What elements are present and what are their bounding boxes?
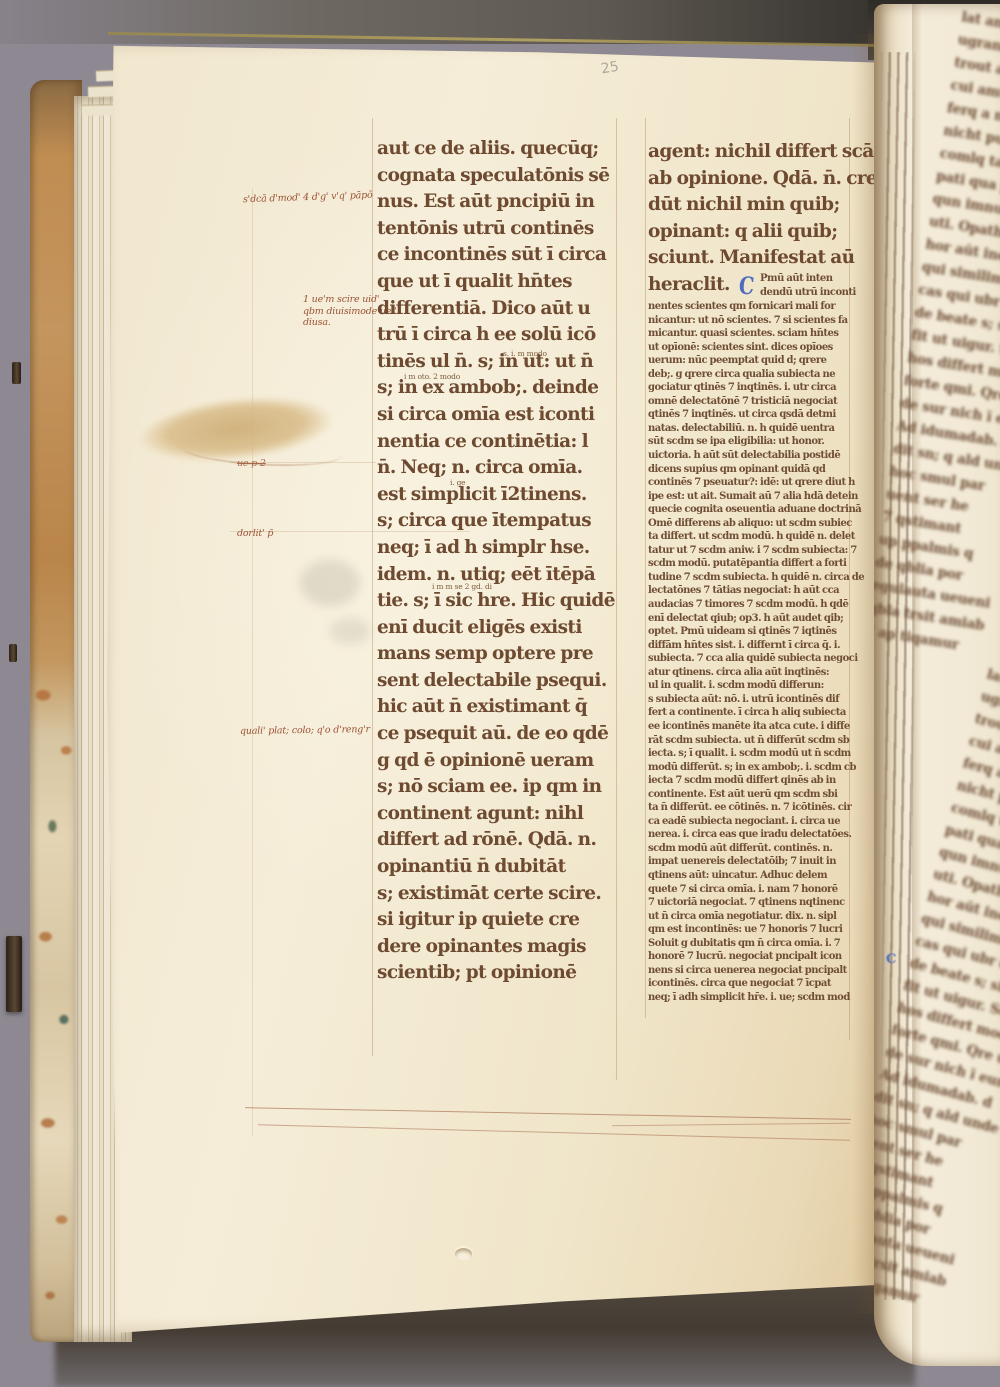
right-text-column-large: agent: nichil differt scāab opinione. Qd… — [648, 139, 888, 272]
facing-page-crease — [912, 4, 922, 1366]
text-line: nus. Est aūt pncipiū in — [377, 189, 619, 216]
text-line: uictoria. h aūt sūt delectabilia postidē — [648, 449, 854, 463]
text-line: qm est incontinēs: ue 7 honoris 7 lucri — [648, 923, 854, 937]
text-line: dere opinantes magis — [377, 934, 619, 961]
text-line: differentiā. Dico aūt u — [377, 296, 619, 323]
metal-hinge-icon — [6, 936, 22, 1012]
text-line: enī delectat qiub; op3. h aūt audet qib; — [648, 612, 854, 626]
margin-gloss: quali' plat; colo; q'o d'reng'r — [240, 724, 370, 737]
text-line: s; nō sciam ee. ip qm in — [377, 774, 619, 801]
margin-gloss: dorlit' p̄ — [237, 528, 273, 540]
text-line: tudine 7 scdm subiecta. h quidē n. circa… — [648, 571, 854, 585]
text-line: honorē 7 lucrū. negociat pncipalt icon — [648, 950, 854, 964]
text-line: opinant: q alii quib; — [648, 219, 888, 246]
text-line: ul in qualit. i. scdm modū differun: — [648, 679, 854, 693]
text-line: ce psequit aū. de eo qdē — [377, 721, 619, 748]
text-line: Pmū aūt inten — [760, 272, 888, 286]
text-line: dendū utrū inconti — [760, 286, 888, 300]
facing-page: lat amugranit qtrout a phucui amt uiafer… — [874, 4, 1000, 1366]
text-line: modū differūt. s; in ex ambob;. i. scdm … — [648, 761, 854, 775]
text-line: diffām hn̄tes sist. i. differnt ī circa … — [648, 639, 854, 653]
text-line: neq; ī ad h simplr hse. — [377, 535, 619, 562]
text-line: si circa omīa est iconti — [377, 402, 619, 429]
text-line: lectatōnes 7 tātias negociat: h aūt cca — [648, 584, 854, 598]
ruling-line — [372, 118, 373, 1056]
margin-gloss: ue p 2 — [237, 458, 266, 470]
text-line: sūt scdm se ipa eligibilia: ut honor. — [648, 435, 854, 449]
text-line: audacias 7 timores 7 scdm modū. h qdē — [648, 598, 854, 612]
text-line: ta n̄ differūt. ee cōtinēs. n. 7 icōtinē… — [648, 801, 854, 815]
text-line: iecta 7 scdm modū differt qinēs ab in — [648, 774, 854, 788]
text-line: nentia ce continētia: l — [377, 429, 619, 456]
text-line: micantur. quasi scientes. sciam hn̄tes — [648, 327, 854, 341]
text-line: uerum: nūc peemptat quid d; qrere — [648, 354, 854, 368]
text-line: scdm modū aūt differūt. continēs. n. — [648, 842, 854, 856]
text-line: dicens supius qm opinant quidā qd — [648, 463, 854, 477]
text-line: n̄. Neq; n. circa omīa. — [377, 455, 619, 482]
text-line: opinantiū n̄ dubitāt — [377, 854, 619, 881]
ruling-line — [645, 118, 646, 1018]
text-line: subiecta. 7 cca alia quidē subiecta nego… — [648, 652, 854, 666]
text-line: s; in ex ambob;. deinde — [377, 375, 619, 402]
blue-paraph-icon: C — [738, 274, 755, 298]
ruling-line — [252, 188, 253, 1136]
text-line: tinēs ul n̄. s; in ut: ut n̄ — [377, 349, 619, 376]
text-line: s subiecta aūt: nō. i. utrū icontinēs di… — [648, 693, 854, 707]
text-line: 7 uictoriā negociat. 7 qtinens nqtinenc — [648, 896, 854, 910]
text-line: idem. n. utiq; eēt ītēpā — [377, 562, 619, 589]
text-line: natas. delectabiliū. n. h quidē uentra — [648, 422, 854, 436]
text-line: nens si circa uenerea negociat pncipalt — [648, 964, 854, 978]
commentary-column: nentes scientes qm fornicari mali fornic… — [648, 300, 854, 1004]
text-line: nicantur: ut nō scientes. 7 si scientes … — [648, 314, 854, 328]
text-line: est simplicit ī2tinens. — [377, 482, 619, 509]
text-line: quecie cognita oseuentia aduane doctrinā — [648, 503, 854, 517]
text-line: s; existimāt certe scire. — [377, 881, 619, 908]
text-line: Omē differens ab aliquo: ut scdm subiec — [648, 517, 854, 531]
text-line: scientib; pt opinionē — [377, 960, 619, 987]
text-line: iecta. s; ī qualit. i. scdm modū ut n̄ s… — [648, 747, 854, 761]
text-line: rāt scdm subiecta. ut n̄ differūt scdm s… — [648, 734, 854, 748]
text-line: tatur ut 7 scdm aniw. i 7 scdm subiecta:… — [648, 544, 854, 558]
text-line: gociatur qtinēs 7 inqtinēs. i. utr circa — [648, 381, 854, 395]
text-line: qtinens aūt: uincatur. Adhuc delem — [648, 869, 854, 883]
left-text-column: aut ce de aliis. quecūq;cognata speculat… — [377, 136, 619, 987]
text-line: tie. s; ī sic hre. Hic quidē — [377, 588, 619, 615]
text-line: ee icontinēs manēte ita atca cute. i dif… — [648, 720, 854, 734]
text-line: nentes scientes qm fornicari mali for — [648, 300, 854, 314]
text-line: neq; ī adh simplicit hr̄e. i. ue; scdm m… — [648, 991, 854, 1005]
blue-paraph-icon: C — [886, 952, 896, 967]
ink-smudge — [330, 618, 370, 644]
text-line: tentōnis utrū continēs — [377, 216, 619, 243]
text-line: ce incontinēs sūt ī circa — [377, 242, 619, 269]
folio-mark: 25 — [600, 59, 620, 78]
text-line: fert a continente. ī circa h aliq subiec… — [648, 706, 854, 720]
text-line: optet. Pmū uideam si qtinēs 7 iqtinēs — [648, 625, 854, 639]
manuscript-photo: 25 s'dcā d'mod' 4 d'g' v'q' pāpō 1 ue'm … — [0, 0, 1000, 1387]
text-line: qtinēs 7 inqtinēs. ut circa qsdā detmi — [648, 408, 854, 422]
text-line: scdm modū. putatēpantia differt a forti — [648, 557, 854, 571]
parchment-hole — [455, 1248, 472, 1260]
text-line: ta differt. ut scdm modū. h quidē n. del… — [648, 530, 854, 544]
commentary-intro: Pmū aūt intendendū utrū inconti — [760, 272, 888, 299]
heraclit-line: heraclit. — [648, 272, 730, 299]
text-line: atur qtinens. circa alia aūt inqtinēs: — [648, 666, 854, 680]
text-line: g qd ē opinionē ueram — [377, 748, 619, 775]
text-line: que ut ī qualit hn̄tes — [377, 269, 619, 296]
text-line: impat uenereis delectatōib; 7 inuit in — [648, 855, 854, 869]
text-line: si igitur ip quiete cre — [377, 907, 619, 934]
text-line: mans semp optere pre — [377, 641, 619, 668]
text-line: nerea. i. circa eas que iradu delectatōe… — [648, 828, 854, 842]
text-line: ipe est: ut ait. Sumait aū 7 alia hdā de… — [648, 490, 854, 504]
text-line: sciunt. Manifestat aū — [648, 245, 888, 272]
text-line: icontinēs. circa que negociat 7 īcpat — [648, 977, 854, 991]
text-line: differt ad rōnē. Qdā. n. — [377, 827, 619, 854]
metal-clasp-icon — [9, 644, 17, 662]
text-line: ab opinione. Qdā. n̄. cre — [648, 166, 888, 193]
text-line: continente. Est aūt uerū qm scdm sbi — [648, 788, 854, 802]
text-line: hic aūt n̄ existimant q̄ — [377, 694, 619, 721]
text-line: ut n̄ circa omīa negotiatur. dix. n. sip… — [648, 910, 854, 924]
text-line: trū ī circa h ee solū icō — [377, 322, 619, 349]
text-line: continent agunt: nihl — [377, 801, 619, 828]
text-line: aut ce de aliis. quecūq; — [377, 136, 619, 163]
text-line: enī ducit eligēs existi — [377, 615, 619, 642]
text-line: ca eadē subiecta negociant. i. circa ue — [648, 815, 854, 829]
text-line: s; circa que ītempatus — [377, 508, 619, 535]
text-line: cognata speculatōnis sē — [377, 163, 619, 190]
text-line: quete 7 si circa omīa. i. nam 7 honorē — [648, 883, 854, 897]
metal-clasp-icon — [12, 362, 21, 384]
text-line: agent: nichil differt scā — [648, 139, 888, 166]
ink-smudge — [300, 560, 360, 606]
text-line: Soluit g dubitatis qm n̄ circa omīa. i. … — [648, 937, 854, 951]
text-line: ut opīonē: scientes sint. dices opīoes — [648, 341, 854, 355]
text-line: continēs 7 pseuatur?: idē: ut qrere diut… — [648, 476, 854, 490]
text-line: omnē delectatōnē 7 tristiciā negociat — [648, 395, 854, 409]
text-line: deb;. g qrere circa qualia subiecta ne — [648, 368, 854, 382]
text-line: sent delectabile psequi. — [377, 668, 619, 695]
text-line: dūt nichil min quib; — [648, 192, 888, 219]
